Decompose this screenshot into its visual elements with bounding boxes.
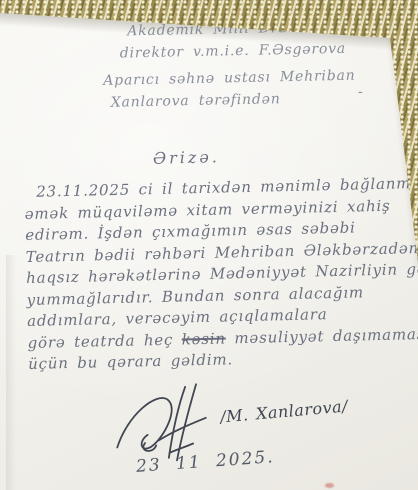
body-line-segment: görə teatrda heç — [27, 330, 181, 351]
paper-crease — [6, 255, 16, 490]
struck-word: kəsin — [182, 329, 227, 348]
pink-stain — [325, 483, 334, 488]
letter-body: 23.11.2025 ci il tarixdən mənimlə bağlan… — [24, 173, 418, 376]
body-line-segment: məsuliyyət daşımaması — [226, 324, 418, 347]
recipient-dash: - — [358, 84, 363, 100]
recipient-line: direktor v.m.i.e. F.Əsgərova — [120, 37, 381, 64]
recipient-block: Akademik Milli Dram teatrının direktor v… — [102, 15, 381, 114]
recipient-line: Xanlarova tərəfindən — [111, 86, 382, 114]
letter-paper: Akademik Milli Dram teatrının direktor v… — [0, 0, 418, 490]
letter-title: Ərizə. — [153, 147, 220, 168]
photo-background: Akademik Milli Dram teatrının direktor v… — [0, 0, 418, 490]
